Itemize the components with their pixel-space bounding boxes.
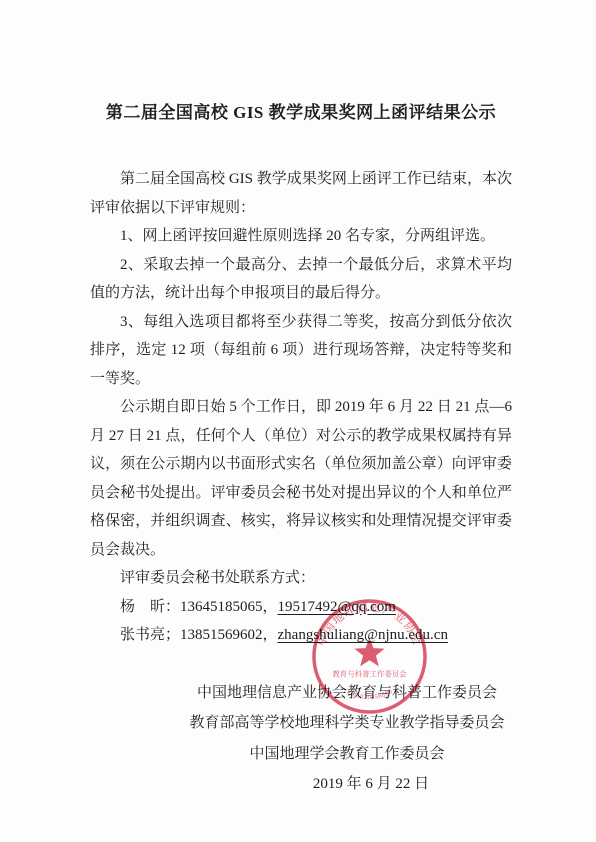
- contact-line-yang: 杨 昕：13645185065，19517492@qq.com: [90, 593, 512, 622]
- signature-org-1: 中国地理信息产业协会教育与科普工作委员会: [186, 678, 508, 709]
- contact-email-link[interactable]: 19517492@qq.com: [278, 599, 396, 615]
- signature-org-3: 中国地理学会教育工作委员会: [186, 739, 508, 770]
- page-title: 第二届全国高校 GIS 教学成果奖网上函评结果公示: [90, 98, 512, 123]
- signature-date: 2019 年 6 月 22 日: [210, 769, 532, 800]
- contact-prefix: 杨 昕：13645185065，: [120, 599, 278, 615]
- paragraph-intro: 第二届全国高校 GIS 教学成果奖网上函评工作已结束，本次评审依据以下评审规则：: [90, 165, 512, 222]
- paragraph-rule-2: 2、采取去掉一个最高分、去掉一个最低分后，求算术平均值的方法，统计出每个申报项目…: [90, 251, 512, 308]
- signature-block: 中国地理信息产业协会教育与科普工作委员会 教育部高等学校地理科学类专业教学指导委…: [186, 678, 508, 800]
- contact-line-zhang: 张书亮；13851569602，zhangshuliang@njnu.edu.c…: [90, 621, 512, 650]
- contact-email-link[interactable]: zhangshuliang@njnu.edu.cn: [278, 627, 448, 643]
- document-content: 第二届全国高校 GIS 教学成果奖网上函评结果公示 第二届全国高校 GIS 教学…: [90, 98, 512, 800]
- paragraph-rule-1: 1、网上函评按回避性原则选择 20 名专家，分两组评选。: [90, 222, 512, 251]
- paragraph-publicity-period: 公示期自即日始 5 个工作日，即 2019 年 6 月 22 日 21 点—6 …: [90, 393, 512, 564]
- paragraph-contact-heading: 评审委员会秘书处联系方式：: [90, 564, 512, 593]
- signature-org-2: 教育部高等学校地理科学类专业教学指导委员会: [186, 708, 508, 739]
- paragraph-rule-3: 3、每组入选项目都将至少获得二等奖，按高分到低分依次排序，选定 12 项（每组前…: [90, 308, 512, 394]
- contact-prefix: 张书亮；13851569602，: [120, 627, 278, 643]
- document-page: 第二届全国高校 GIS 教学成果奖网上函评结果公示 第二届全国高校 GIS 教学…: [0, 0, 596, 842]
